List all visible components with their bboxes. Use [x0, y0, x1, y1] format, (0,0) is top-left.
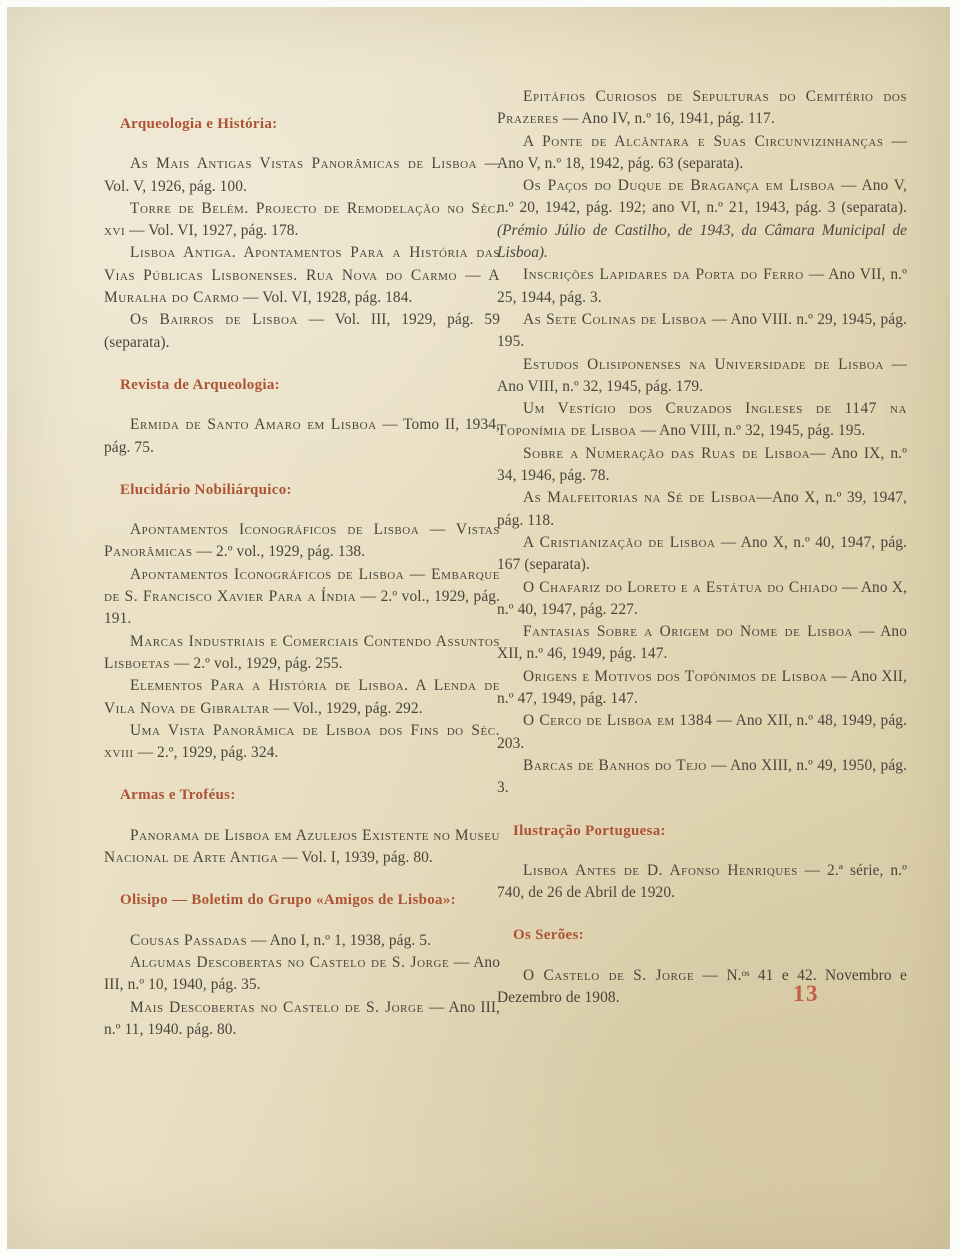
- entry-note-italic: (Prémio Júlio de Castilho, de 1943, da C…: [497, 222, 907, 261]
- entry-reference: — Vol. I, 1939, pág. 80.: [278, 849, 433, 866]
- entry-title: Inscrições Lapidares da Porta do Ferro: [523, 266, 804, 283]
- bibliography-entry: Cousas Passadas — Ano I, n.º 1, 1938, pá…: [104, 930, 500, 952]
- bibliography-entry: Os Paços do Duque de Bragança em Lisboa …: [497, 175, 907, 264]
- bibliography-entry: Marcas Industriais e Comerciais Contendo…: [104, 631, 500, 676]
- entry-title: O Chafariz do Loreto e a Estátua do Chia…: [523, 579, 838, 596]
- scanned-document: { "page": { "number": "13", "accent_colo…: [0, 0, 960, 1257]
- entry-title: Barcas de Banhos do Tejo: [523, 757, 707, 774]
- entry-reference: — 2.º, 1929, pág. 324.: [134, 744, 279, 761]
- bibliography-entry: Apontamentos Iconográficos de Lisboa — E…: [104, 564, 500, 631]
- bibliography-entry: A Ponte de Alcântara e Suas Circunvizinh…: [497, 131, 907, 176]
- bibliography-entry: Sobre a Numeração das Ruas de Lisboa— An…: [497, 443, 907, 488]
- entry-title: Estudos Olisiponenses na Universidade de…: [523, 356, 884, 373]
- entry-title: Sobre a Numeração das Ruas de Lisboa: [523, 445, 810, 462]
- bibliography-entry: Epitáfios Curiosos de Sepulturas do Cemi…: [497, 86, 907, 131]
- entry-title: O Cerco de Lisboa em 1384: [523, 712, 713, 729]
- bibliography-entry: Lisboa Antes de D. Afonso Henriques — 2.…: [497, 860, 907, 905]
- entry-title: Ermida de Santo Amaro em Lisboa: [130, 416, 377, 433]
- entry-title: Algumas Descobertas no Castelo de S. Jor…: [130, 954, 449, 971]
- bibliography-entry: O Cerco de Lisboa em 1384 — Ano XII, n.º…: [497, 710, 907, 755]
- bibliography-entry: Os Bairros de Lisboa — Vol. III, 1929, p…: [104, 309, 500, 354]
- entry-title: Origens e Motivos dos Topónimos de Lisbo…: [523, 668, 827, 685]
- bibliography-entry: Algumas Descobertas no Castelo de S. Jor…: [104, 952, 500, 997]
- section-heading: Armas e Troféus:: [120, 784, 500, 806]
- entry-title: As Malfeitorias na Sé de Lisboa: [523, 489, 757, 506]
- scanned-page: Arqueologia e História:As Mais Antigas V…: [7, 7, 950, 1249]
- page-number: 13: [793, 981, 819, 1007]
- entry-title: Fantasias Sobre a Origem do Nome de Lisb…: [523, 623, 853, 640]
- section-heading: Olisipo — Boletim do Grupo «Amigos de Li…: [120, 889, 500, 911]
- entry-title: Mais Descobertas no Castelo de S. Jorge: [130, 999, 424, 1016]
- bibliography-entry: Elementos Para a História de Lisboa. A L…: [104, 675, 500, 720]
- entry-reference: — Vol., 1929, pág. 292.: [270, 700, 423, 717]
- entry-title: As Sete Colinas de Lisboa: [523, 311, 707, 328]
- section-heading: Ilustração Portuguesa:: [513, 820, 907, 842]
- section-heading: Arqueologia e História:: [120, 113, 500, 135]
- bibliography-entry: Fantasias Sobre a Origem do Nome de Lisb…: [497, 621, 907, 666]
- bibliography-entry: Lisboa Antiga. Apontamentos Para a Histó…: [104, 242, 500, 309]
- bibliography-entry: Origens e Motivos dos Topónimos de Lisbo…: [497, 666, 907, 711]
- entry-reference: — Vol. VI, 1928, pág. 184.: [239, 289, 412, 306]
- bibliography-entry: As Malfeitorias na Sé de Lisboa—Ano X, n…: [497, 487, 907, 532]
- bibliography-entry: As Mais Antigas Vistas Panorâmicas de Li…: [104, 153, 500, 198]
- entry-title: Cousas Passadas: [130, 932, 247, 949]
- bibliography-entry: Apontamentos Iconográficos de Lisboa — V…: [104, 519, 500, 564]
- left-column: Arqueologia e História:As Mais Antigas V…: [104, 107, 500, 1041]
- entry-title: A Ponte de Alcântara e Suas Circunvizinh…: [523, 133, 884, 150]
- bibliography-entry: Uma Vista Panorâmica de Lisboa dos Fins …: [104, 720, 500, 765]
- bibliography-entry: Torre de Belém. Projecto de Remodelação …: [104, 198, 500, 243]
- bibliography-entry: Um Vestígio dos Cruzados Ingleses de 114…: [497, 398, 907, 443]
- entry-title: A Cristianização de Lisboa: [523, 534, 715, 551]
- bibliography-entry: A Cristianização de Lisboa — Ano X, n.º …: [497, 532, 907, 577]
- bibliography-entry: Mais Descobertas no Castelo de S. Jorge …: [104, 997, 500, 1042]
- section-heading: Os Serões:: [513, 924, 907, 946]
- entry-reference: — Ano IV, n.º 16, 1941, pág. 117.: [559, 110, 775, 127]
- bibliography-entry: As Sete Colinas de Lisboa — Ano VIII. n.…: [497, 309, 907, 354]
- entry-title: As Mais Antigas Vistas Panorâmicas de Li…: [130, 155, 477, 172]
- section-heading: Revista de Arqueologia:: [120, 374, 500, 396]
- entry-title: O Castelo de S. Jorge: [523, 967, 694, 984]
- entry-reference: — Ano VIII, n.º 32, 1945, pág. 195.: [637, 422, 866, 439]
- entry-title: Os Paços do Duque de Bragança em Lisboa: [523, 177, 835, 194]
- bibliography-entry: Inscrições Lapidares da Porta do Ferro —…: [497, 264, 907, 309]
- entry-title: Os Bairros de Lisboa: [130, 311, 298, 328]
- entry-reference: — Ano I, n.º 1, 1938, pág. 5.: [247, 932, 431, 949]
- entry-reference: — 2.º vol., 1929, pág. 255.: [170, 655, 343, 672]
- bibliography-entry: O Castelo de S. Jorge — N.ᵒˢ 41 e 42. No…: [497, 965, 907, 1010]
- section-heading: Elucidário Nobiliárquico:: [120, 479, 500, 501]
- bibliography-entry: Barcas de Banhos do Tejo — Ano XIII, n.º…: [497, 755, 907, 800]
- bibliography-entry: O Chafariz do Loreto e a Estátua do Chia…: [497, 577, 907, 622]
- entry-reference: — 2.º vol., 1929, pág. 138.: [193, 543, 366, 560]
- bibliography-entry: Ermida de Santo Amaro em Lisboa — Tomo I…: [104, 414, 500, 459]
- bibliography-entry: Panorama de Lisboa em Azulejos Existente…: [104, 825, 500, 870]
- entry-title: Lisboa Antes de D. Afonso Henriques: [523, 862, 798, 879]
- entry-reference: — Vol. VI, 1927, pág. 178.: [125, 222, 298, 239]
- bibliography-entry: Estudos Olisiponenses na Universidade de…: [497, 354, 907, 399]
- right-column: Epitáfios Curiosos de Sepulturas do Cemi…: [497, 86, 907, 1009]
